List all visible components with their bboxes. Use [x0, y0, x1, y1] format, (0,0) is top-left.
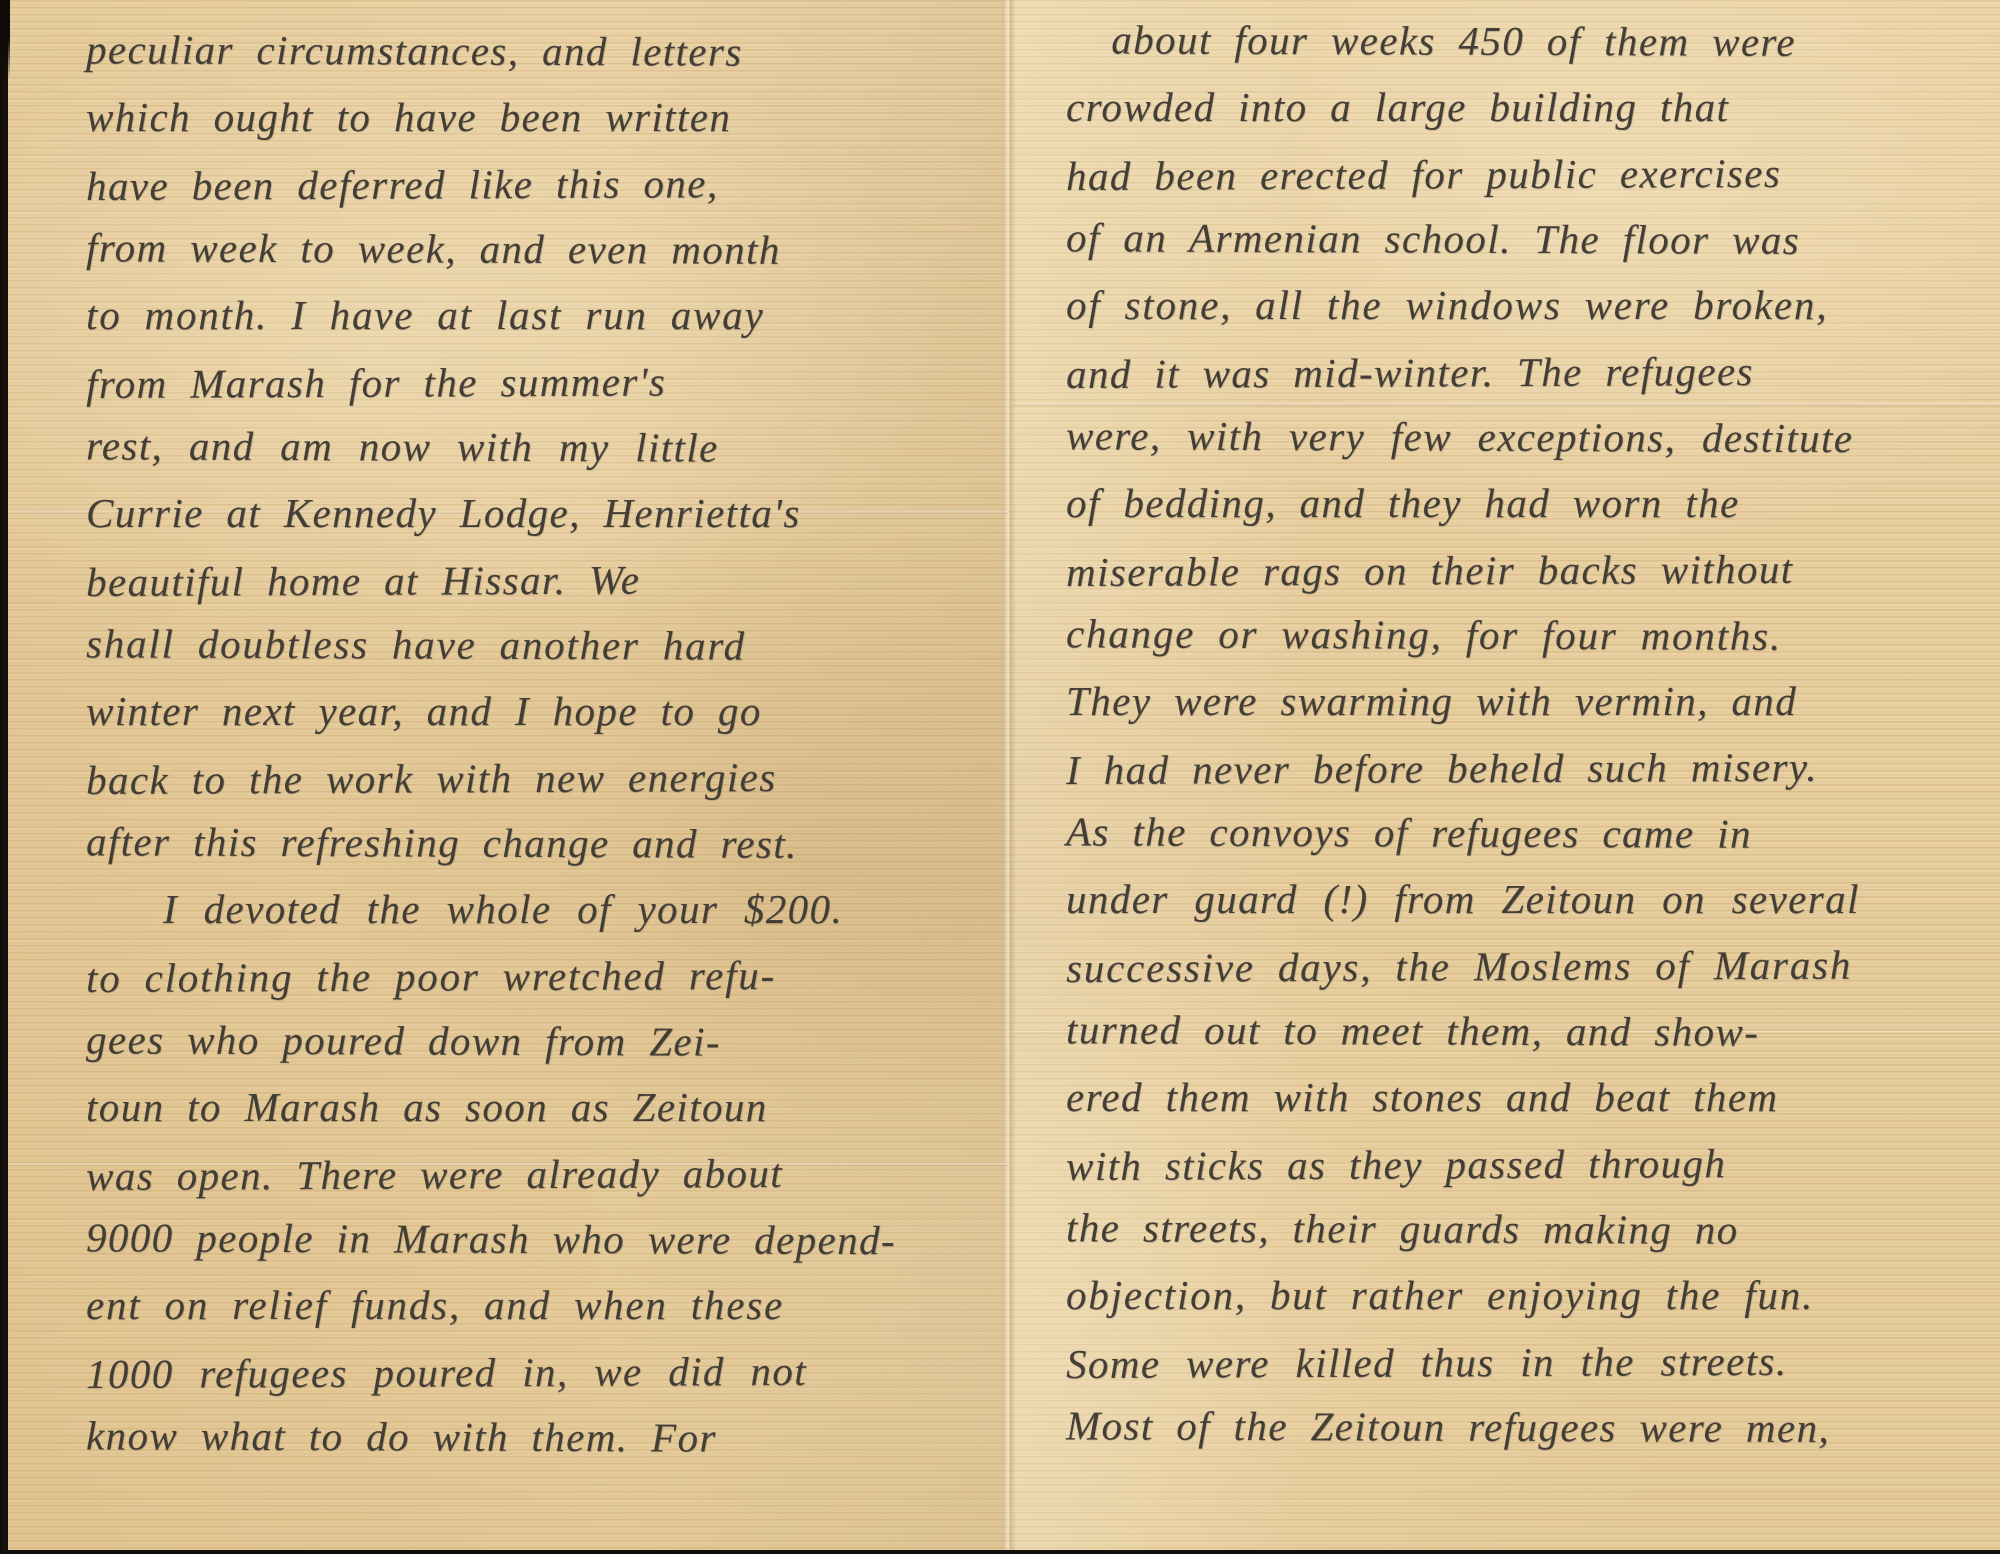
handwritten-line: after this refreshing change and rest.	[86, 808, 1016, 877]
handwritten-line: of an Armenian school. The floor was	[1066, 204, 2000, 273]
handwritten-line: shall doubtless have another hard	[86, 610, 1016, 679]
handwritten-line: rest, and am now with my little	[86, 412, 1016, 481]
handwritten-line: crowded into a large building that	[1066, 74, 2000, 140]
handwritten-line: miserable rags on their backs without	[1066, 535, 2000, 605]
handwritten-line: back to the work with new energies	[86, 743, 1016, 813]
handwritten-line: about four weeks 450 of them were	[1066, 6, 2000, 75]
letter-scan: peculiar circumstances, and letterswhich…	[8, 0, 2000, 1550]
handwritten-line: peculiar circumstances, and letters	[86, 16, 1016, 85]
handwritten-line: change or washing, for four months.	[1066, 600, 2000, 669]
handwritten-line: As the convoys of refugees came in	[1066, 798, 2000, 867]
handwritten-line: the streets, their guards making no	[1066, 1194, 2000, 1263]
handwritten-line: ent on relief funds, and when these	[86, 1272, 1016, 1338]
handwritten-line: have been deferred like this one,	[86, 149, 1016, 219]
handwritten-line: know what to do with them. For	[86, 1402, 1016, 1471]
handwritten-line: of stone, all the windows were broken,	[1066, 272, 2000, 338]
handwritten-line: I had never before beheld such misery.	[1066, 733, 2000, 803]
left-page-handwriting: peculiar circumstances, and letterswhich…	[86, 18, 1016, 1470]
handwritten-line: and it was mid-winter. The refugees	[1066, 337, 2000, 407]
handwritten-line: were, with very few exceptions, destitut…	[1066, 402, 2000, 471]
handwritten-line: was open. There were already about	[86, 1139, 1016, 1209]
handwritten-line: successive days, the Moslems of Marash	[1066, 931, 2000, 1001]
handwritten-line: winter next year, and I hope to go	[86, 678, 1016, 744]
handwritten-line: gees who poured down from Zei-	[86, 1006, 1016, 1075]
handwritten-line: objection, but rather enjoying the fun.	[1066, 1262, 2000, 1328]
handwritten-line: to month. I have at last run away	[86, 282, 1016, 348]
handwritten-line: from Marash for the summer's	[86, 347, 1016, 417]
handwritten-line: of bedding, and they had worn the	[1066, 470, 2000, 536]
handwritten-line: Some were killed thus in the streets.	[1066, 1327, 2000, 1397]
handwritten-line: had been erected for public exercises	[1066, 139, 2000, 209]
handwritten-line: beautiful home at Hissar. We	[86, 545, 1016, 615]
handwritten-line: turned out to meet them, and show-	[1066, 996, 2000, 1065]
handwritten-line: from week to week, and even month	[86, 214, 1016, 283]
handwritten-line: which ought to have been written	[86, 84, 1016, 150]
handwritten-line: Most of the Zeitoun refugees were men,	[1066, 1392, 2000, 1461]
scan-edge-left	[0, 0, 2, 1554]
handwritten-line: under guard (!) from Zeitoun on several	[1066, 866, 2000, 932]
handwritten-line: 1000 refugees poured in, we did not	[86, 1337, 1016, 1407]
handwritten-line: I devoted the whole of your $200.	[86, 876, 1016, 942]
right-page-handwriting: about four weeks 450 of them werecrowded…	[1066, 8, 2000, 1460]
scan-edge-top-left	[0, 0, 10, 120]
handwritten-line: with sticks as they passed through	[1066, 1129, 2000, 1199]
handwritten-line: Currie at Kennedy Lodge, Henrietta's	[86, 480, 1016, 546]
handwritten-line: to clothing the poor wretched refu-	[86, 941, 1016, 1011]
handwritten-line: ered them with stones and beat them	[1066, 1064, 2000, 1130]
handwritten-line: toun to Marash as soon as Zeitoun	[86, 1074, 1016, 1140]
handwritten-line: 9000 people in Marash who were depend-	[86, 1204, 1016, 1273]
handwritten-line: They were swarming with vermin, and	[1066, 668, 2000, 734]
